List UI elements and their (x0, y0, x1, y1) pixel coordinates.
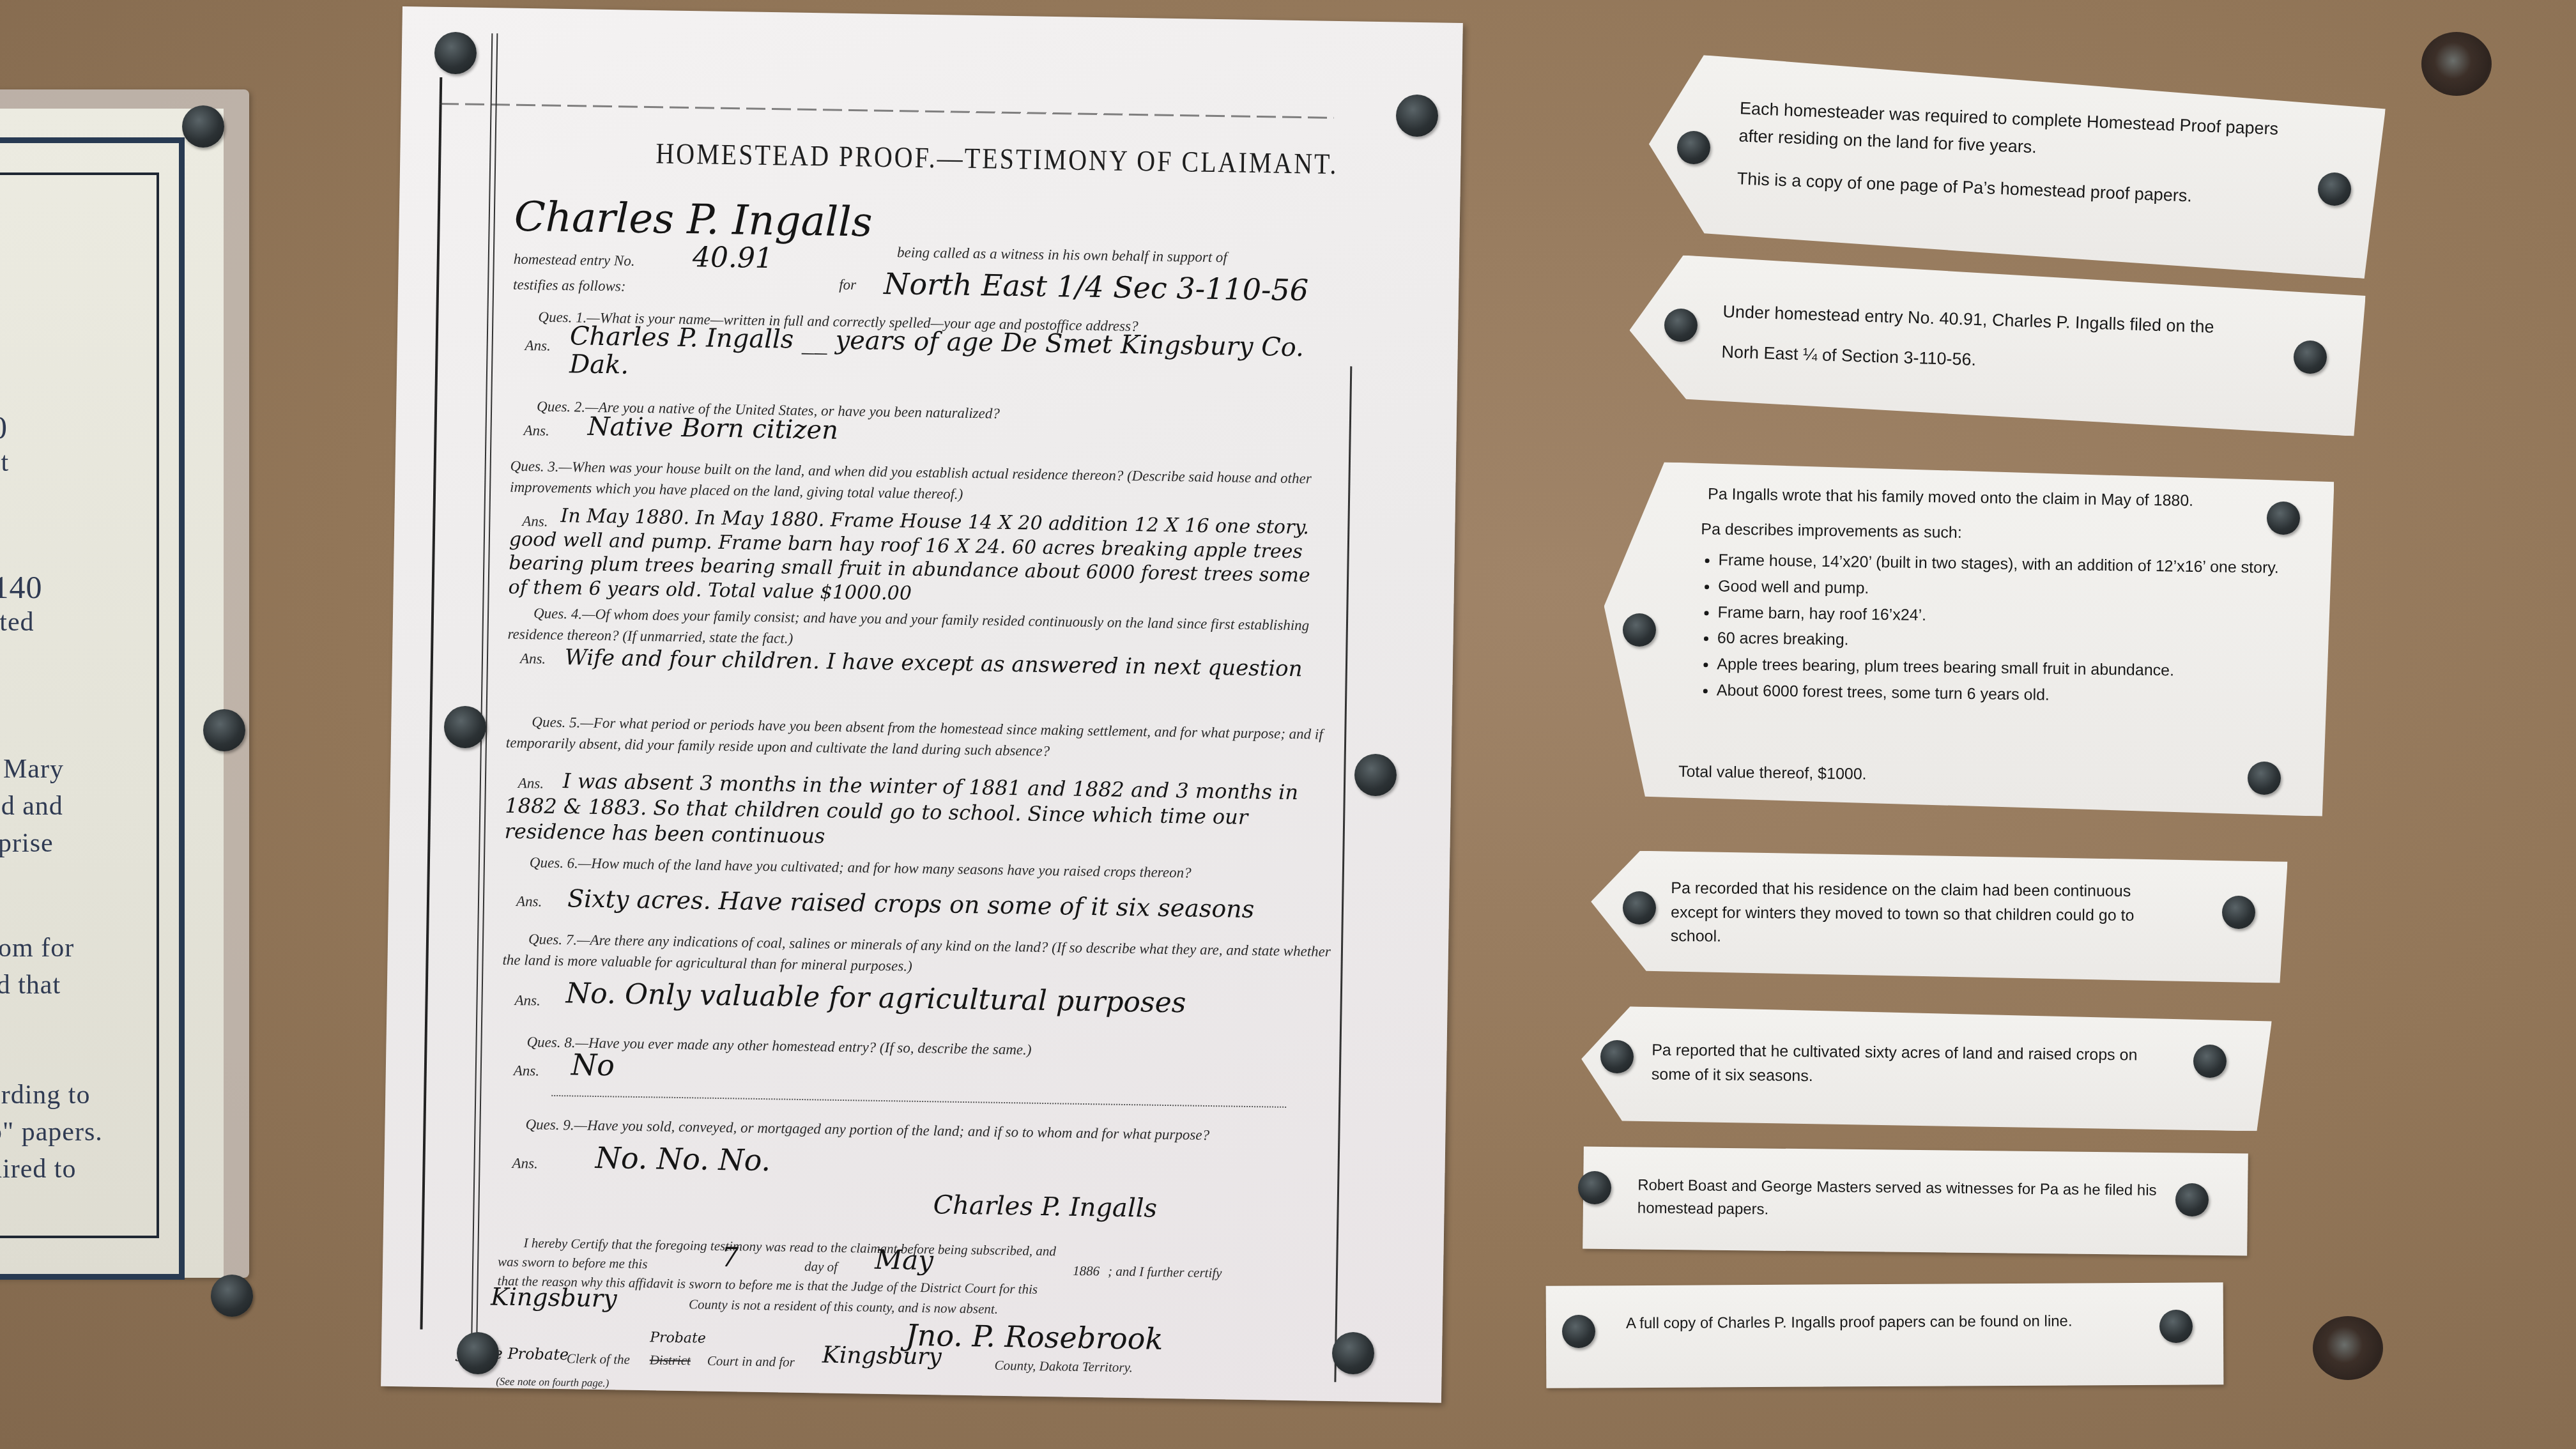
clerk-struck: District (650, 1352, 691, 1368)
placard-line: 40 (0, 409, 8, 446)
wall-screw-icon (2313, 1316, 2383, 1380)
pushpin-icon (2318, 172, 2351, 206)
wall-screw-icon (2421, 32, 2492, 96)
answer-1: Charles P. Ingalls __ years of age De Sm… (569, 322, 1305, 390)
pushpin-icon (1623, 891, 1656, 924)
clerk-county: Kingsbury (822, 1342, 942, 1370)
certify-line-2a: was sworn to before me this (498, 1254, 648, 1273)
pushpin-icon (1354, 754, 1397, 796)
certify-month: May (875, 1244, 934, 1276)
clerk-line-c: County, Dakota Territory. (995, 1358, 1133, 1376)
testifies-label: testifies as follows: (513, 277, 626, 295)
pushpin-icon (1562, 1315, 1595, 1348)
answer-2: Native Born citizen (587, 412, 838, 445)
placard-line: room for (0, 933, 74, 963)
pushpin-icon (457, 1332, 499, 1374)
question-3: Ques. 3.—When was your house built on th… (510, 456, 1341, 511)
label-text: Each homesteader was required to complet… (1738, 95, 2315, 172)
pushpin-icon (2248, 762, 2281, 795)
label-requirement: Each homesteader was required to complet… (1644, 53, 2386, 279)
pushpin-icon (1578, 1171, 1611, 1204)
witness-text: being called as a witness in his own beh… (897, 244, 1227, 266)
label-cultivation: Pa reported that he cultivated sixty acr… (1581, 1006, 2272, 1131)
label-residence: Pa recorded that his residence on the cl… (1590, 850, 2287, 983)
pushpin-icon (1396, 95, 1438, 137)
for-label: for (839, 277, 856, 293)
pushpin-icon (2193, 1045, 2227, 1078)
clerk-line-b: Court in and for (707, 1353, 795, 1370)
placard-line: red that (0, 970, 61, 1000)
clerk-inserted: Probate (650, 1330, 706, 1346)
answer-3: In May 1880. In May 1880. Frame House 14… (508, 503, 1327, 612)
answer-rule (551, 1095, 1286, 1108)
label-text: A full copy of Charles P. Ingalls proof … (1626, 1309, 2201, 1335)
claimant-name: Charles P. Ingalls (514, 194, 873, 247)
left-placard-sleeve: 40 s it l 140 eated d, Mary ked and urpr… (0, 89, 249, 1278)
document-rule (440, 103, 1334, 119)
document-rule (1334, 366, 1352, 1382)
pushpin-icon (2294, 341, 2327, 374)
question-7: Ques. 7.—Are there any indications of co… (502, 928, 1333, 984)
answer-9: No. No. No. (595, 1140, 770, 1177)
footnote: (See note on fourth page.) (496, 1376, 609, 1390)
label-text: Pa recorded that his residence on the cl… (1671, 877, 2182, 952)
county-handwritten: Kingsbury (491, 1282, 617, 1312)
label-total-value: Total value thereof, $1000. (1678, 760, 2253, 792)
clerk-line-a: Clerk of the (567, 1351, 631, 1368)
pushpin-icon (444, 706, 486, 748)
certify-line-2b: day of (804, 1259, 838, 1275)
certify-line-2c: ; and I further certify (1108, 1264, 1222, 1282)
pushpin-icon (2267, 502, 2300, 535)
improvements-list: Frame house, 14’x20’ (built in two stage… (1698, 546, 2281, 712)
certify-day: 7 (721, 1241, 739, 1273)
question-5: Ques. 5.—For what period or periods have… (506, 711, 1337, 767)
document-rule (420, 77, 442, 1330)
label-text: Pa Ingalls wrote that his family moved o… (1708, 482, 2308, 515)
pushpin-icon (1677, 131, 1710, 164)
placard-line: urprise (0, 828, 54, 859)
pushpin-icon (1664, 309, 1698, 342)
entry-number: 40.91 (692, 241, 773, 275)
pushpin-icon (182, 105, 224, 148)
pushpin-icon (1600, 1040, 1634, 1073)
pushpin-icon (434, 32, 477, 74)
answer-8: No (571, 1047, 615, 1082)
label-text: Norh East ¼ of Section 3-110-56. (1721, 338, 2297, 383)
pushpin-icon (203, 709, 245, 751)
label-entry: Under homestead entry No. 40.91, Charles… (1627, 254, 2366, 436)
pushpin-icon (211, 1275, 253, 1317)
placard-line: s it (0, 447, 9, 478)
placard-line: up" papers. (0, 1117, 103, 1147)
label-text: Under homestead entry No. 40.91, Charles… (1722, 298, 2298, 344)
tract-description: North East 1/4 Sec 3-110-56 (884, 266, 1309, 307)
certify-year: 1886 (1073, 1263, 1100, 1280)
official-signature: Jno. P. Rosebrook (905, 1318, 1163, 1356)
entry-label: homestead entry No. (514, 251, 635, 270)
label-text: This is a copy of one page of Pa’s homes… (1736, 165, 2312, 215)
placard-line: eated (0, 607, 34, 638)
placard-line: quired to (0, 1154, 76, 1184)
pushpin-icon (2222, 896, 2255, 929)
question-6: Ques. 6.—How much of the land have you c… (504, 852, 1335, 886)
ans-label: Ans. (516, 893, 542, 910)
document-title: HOMESTEAD PROOF.—TESTIMONY OF CLAIMANT. (655, 136, 1338, 181)
document-rule (471, 33, 498, 1337)
answer-6: Sixty acres. Have raised crops on some o… (567, 884, 1255, 923)
pushpin-icon (2175, 1183, 2209, 1216)
claimant-signature: Charles P. Ingalls (933, 1190, 1157, 1223)
label-text: Pa describes improvements as such: (1701, 517, 2301, 550)
placard-inner-border (0, 172, 159, 1238)
homestead-proof-document: HOMESTEAD PROOF.—TESTIMONY OF CLAIMANT. … (381, 6, 1463, 1403)
label-witnesses: Robert Boast and George Masters served a… (1583, 1147, 2248, 1256)
left-placard: 40 s it l 140 eated d, Mary ked and urpr… (0, 109, 224, 1278)
label-full-copy: A full copy of Charles P. Ingalls proof … (1546, 1282, 2224, 1388)
label-text: Robert Boast and George Masters served a… (1637, 1174, 2168, 1225)
ans-label: Ans. (512, 1155, 538, 1172)
answer-5: I was absent 3 months in the winter of 1… (504, 767, 1330, 857)
label-improvements: Pa Ingalls wrote that his family moved o… (1601, 461, 2334, 816)
placard-line: l 140 (0, 569, 42, 606)
ans-label: Ans. (525, 337, 551, 355)
pushpin-icon (2159, 1310, 2193, 1343)
label-text: Pa reported that he cultivated sixty acr… (1652, 1038, 2176, 1092)
pushpin-icon (1332, 1332, 1374, 1374)
placard-line: cording to (0, 1080, 90, 1110)
certify-line-4: County is not a resident of this county,… (689, 1296, 998, 1317)
ans-label: Ans. (514, 1062, 540, 1080)
answer-7: No. Only valuable for agricultural purpo… (565, 977, 1186, 1019)
pushpin-icon (1623, 613, 1656, 647)
placard-line: ked and (0, 791, 63, 822)
ans-label: Ans. (523, 422, 549, 440)
ans-label: Ans. (514, 992, 540, 1009)
placard-line: d, Mary (0, 754, 64, 785)
